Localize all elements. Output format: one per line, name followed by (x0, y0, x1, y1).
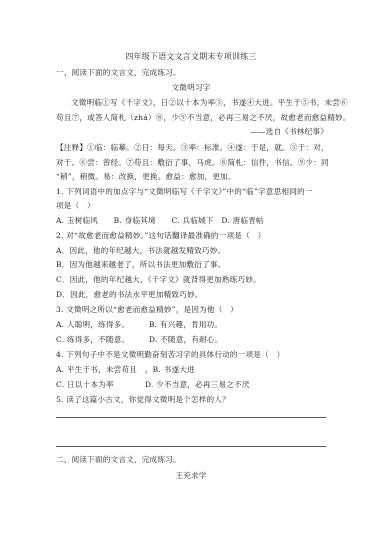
question-3-options-row1: A. 人聪明，练得多。 B. 有兴趣，肯用功。 (56, 320, 328, 330)
question-3-options-row2: C. 练得多，不随意。 D. 不随意，有耐心。 (56, 335, 328, 345)
passage-title: 文徵明习字 (40, 83, 342, 93)
passage-line-1: 文徵明临①写《千字文》，日②以十本为率③，书遂④大进。平生于⑤书，未尝⑥ (56, 98, 328, 108)
question-4-options-row1: A. 平生于书，未尝苟且 ，B. 书遂大进 (56, 365, 328, 375)
answer-line-2[interactable] (56, 446, 326, 447)
question-5-text: 5. 读了这篇小古文，你觉得文徵明是个怎样的人？ (56, 395, 328, 405)
question-3-text: 3. 文徵明之所以“愈老而愈益精妙”，是因为他（ ） (56, 305, 328, 315)
passage-line-2: 苟且⑦，或答人简札（zhá）⑧，少⑨不当意，必再三易之不厌，故愈老而愈益精妙。 (56, 113, 328, 123)
document-page: 四年级下语文文言文期末专项训练三 一、阅读下面的文言文，完成练习。 文徵明习字 … (0, 0, 382, 540)
answer-line-1[interactable] (56, 417, 326, 418)
question-2-option-c: C．因此，他的年纪越大，《千字文》就背得更加熟练巧妙。 (56, 275, 328, 285)
document-title: 四年级下语文文言文期末专项训练三 (40, 52, 342, 62)
question-1-options: A. 玉树临风 B. 身临其境 C. 兵临城下 D. 唐临晋帖 (56, 216, 328, 226)
question-4-options-row2: C. 日以十本为率 D. 少不当意，必再三易之不厌 (56, 380, 328, 390)
question-1-text: 1. 下列词语中的加点字与“文徵明临写《千字文》”中的“临”字意思相同的一 (56, 187, 328, 197)
section2-passage-title: 王充求学 (40, 471, 342, 481)
question-4-text: 4. 下列句子中不是文徵明勤奋刻苦习字的具体行动的一项是（ ） (56, 350, 328, 360)
notes-line-2: 对于。⑥尝：曾经。⑦苟且：敷衍了事，马虎。⑧简札：信件，书信。⑨少：同 (56, 158, 328, 168)
question-2-option-a: A．因此，他的年纪越大，书法就越发精致巧妙。 (56, 246, 328, 256)
notes-line-1: 【注释】①临：临摹。②日：每天。③率：标准。④遂：于是，就。⑤于：对， (56, 143, 328, 153)
question-2-option-b: B．因为他越来越老了，所以书法更加敷衍了事。 (56, 260, 328, 270)
section2-heading: 二、阅读下面的文言文，完成练习。 (56, 455, 328, 465)
notes-line-3: “稍”，稍微。易：改换，更换。愈益：愈加，更加。 (56, 172, 328, 182)
question-2-text: 2. 对“故愈老而愈益精妙。”这句话翻译最准确的一项是（ ） (56, 231, 328, 241)
question-1-text-cont: 项是（ ） (56, 201, 328, 211)
passage-source: ——选自《书林纪事》 (56, 127, 328, 137)
question-2-option-d: D．因此，愈老的书法水平更加精致巧妙。 (56, 290, 328, 300)
section1-heading: 一、阅读下面的文言文，完成练习。 (56, 68, 328, 78)
